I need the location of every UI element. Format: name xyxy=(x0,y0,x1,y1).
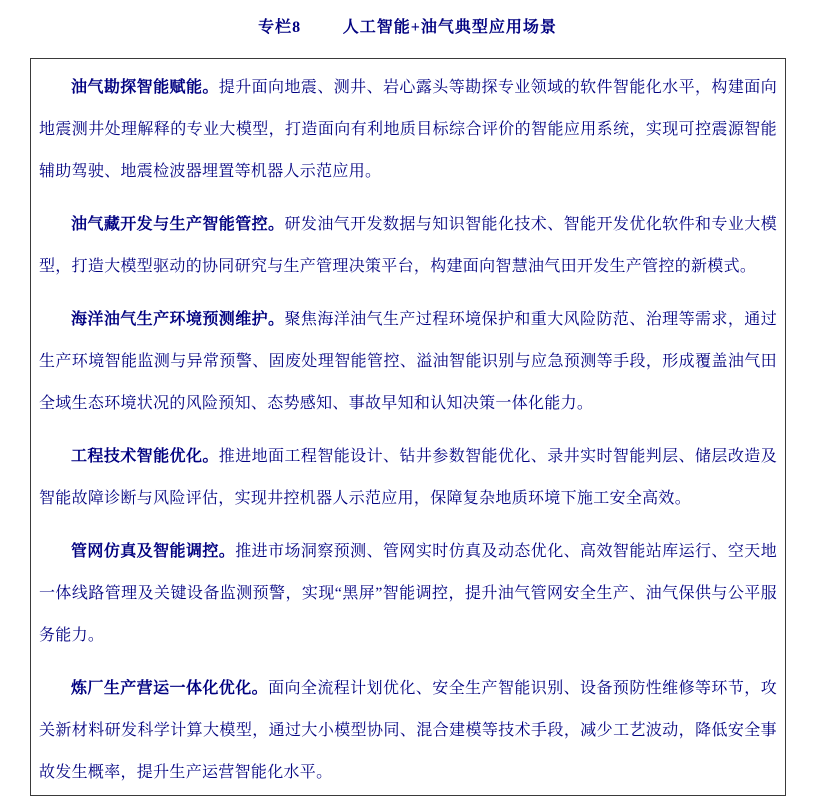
section-heading: 油气藏开发与生产智能管控。 xyxy=(71,216,284,233)
section-paragraph: 工程技术智能优化。推进地面工程智能设计、钻井参数智能优化、录井实时智能判层、储层… xyxy=(39,436,777,520)
page-title: 专栏8人工智能+油气典型应用场景 xyxy=(0,0,815,37)
section-heading: 炼厂生产营运一体化优化。 xyxy=(71,680,268,697)
section-paragraph: 油气勘探智能赋能。提升面向地震、测井、岩心露头等勘探专业领域的软件智能化水平，构… xyxy=(39,67,777,193)
column-title-text: 人工智能+油气典型应用场景 xyxy=(343,19,557,36)
column-box: 油气勘探智能赋能。提升面向地震、测井、岩心露头等勘探专业领域的软件智能化水平，构… xyxy=(30,58,786,796)
section-heading: 管网仿真及智能调控。 xyxy=(71,543,235,560)
section-paragraph: 海洋油气生产环境预测维护。聚焦海洋油气生产过程环境保护和重大风险防范、治理等需求… xyxy=(39,299,777,425)
section-heading: 海洋油气生产环境预测维护。 xyxy=(71,311,284,328)
section-paragraph: 炼厂生产营运一体化优化。面向全流程计划优化、安全生产智能识别、设备预防性维修等环… xyxy=(39,668,777,794)
section-paragraph: 管网仿真及智能调控。推进市场洞察预测、管网实时仿真及动态优化、高效智能站库运行、… xyxy=(39,531,777,657)
section-heading: 油气勘探智能赋能。 xyxy=(71,79,219,96)
column-number-label: 专栏8 xyxy=(258,19,301,36)
section-heading: 工程技术智能优化。 xyxy=(71,448,219,465)
document-page: 专栏8人工智能+油气典型应用场景 油气勘探智能赋能。提升面向地震、测井、岩心露头… xyxy=(0,0,815,803)
section-paragraph: 油气藏开发与生产智能管控。研发油气开发数据与知识智能化技术、智能开发优化软件和专… xyxy=(39,204,777,288)
